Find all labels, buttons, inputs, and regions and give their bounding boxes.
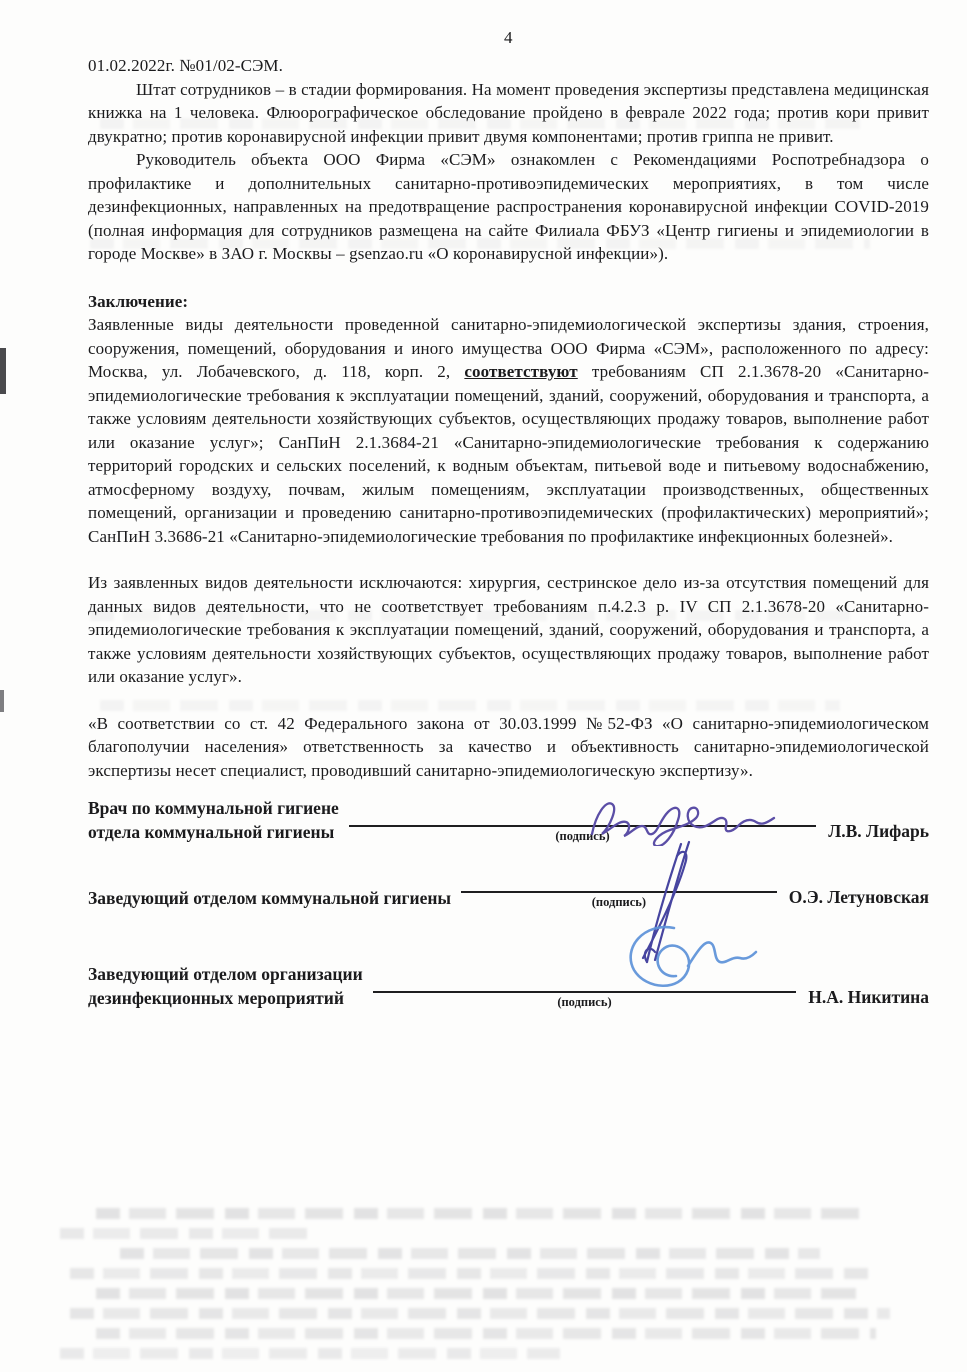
paragraph-staff: Штат сотрудников – в стадии формирования… <box>88 78 929 149</box>
signature-title: Заведующий отделом коммунальной гигиены <box>88 886 451 910</box>
bleed-through-line <box>60 1228 310 1239</box>
spacer <box>88 910 929 962</box>
signature-line-area: (подпись) <box>349 823 816 844</box>
signature-rule <box>373 989 797 993</box>
bleed-through-line <box>96 1288 856 1299</box>
signature-title: Заведующий отделом организации дезинфекц… <box>88 962 363 1010</box>
bleed-through-line <box>120 1248 820 1259</box>
signature-line-area: (подпись) <box>373 989 797 1010</box>
document-page: 4 01.02.2022г. №01/02-СЭМ. Штат сотрудни… <box>0 0 967 1372</box>
conclusion-keyword: соответствуют <box>464 362 577 381</box>
signature-block-head-hygiene: Заведующий отделом коммунальной гигиены … <box>88 886 929 910</box>
signature-rule <box>461 889 777 893</box>
signature-section: Врач по коммунальной гигиене отдела комм… <box>88 796 929 1010</box>
paragraph-manager: Руководитель объекта ООО Фирма «СЭМ» озн… <box>88 148 929 266</box>
bleed-through-line <box>96 1328 876 1339</box>
signature-title: Врач по коммунальной гигиене отдела комм… <box>88 796 339 844</box>
spacer <box>88 689 929 712</box>
doc-reference: 01.02.2022г. №01/02-СЭМ. <box>88 54 929 78</box>
signature-name: Н.А. Никитина <box>808 987 929 1010</box>
bleed-through-line <box>60 1348 560 1359</box>
signature-rule <box>349 823 816 827</box>
conclusion-paragraph: Заявленные виды деятельности проведенной… <box>88 313 929 548</box>
spacer <box>88 844 929 886</box>
page-number: 4 <box>88 28 929 48</box>
signature-name: О.Э. Летуновская <box>789 887 929 910</box>
spacer <box>88 548 929 571</box>
signature-block-head-disinfection: Заведующий отделом организации дезинфекц… <box>88 962 929 1010</box>
spacer <box>88 266 929 290</box>
paragraph-excluded: Из заявленных видов деятельности исключа… <box>88 571 929 689</box>
conclusion-text-after: требованиям СП 2.1.3678-20 «Санитарно-эп… <box>88 362 929 546</box>
bleed-through-line <box>70 1268 870 1279</box>
signature-line-area: (подпись) <box>461 889 777 910</box>
paragraph-law: «В соответствии со ст. 42 Федерального з… <box>88 712 929 783</box>
signature-caption: (подпись) <box>349 829 816 844</box>
bleed-through-line <box>70 1308 890 1319</box>
bleed-through-line <box>96 1208 866 1219</box>
signature-name: Л.В. Лифарь <box>828 821 929 844</box>
signature-block-doctor: Врач по коммунальной гигиене отдела комм… <box>88 796 929 844</box>
conclusion-heading: Заключение: <box>88 290 929 314</box>
signature-caption: (подпись) <box>461 895 777 910</box>
signature-caption: (подпись) <box>373 995 797 1010</box>
